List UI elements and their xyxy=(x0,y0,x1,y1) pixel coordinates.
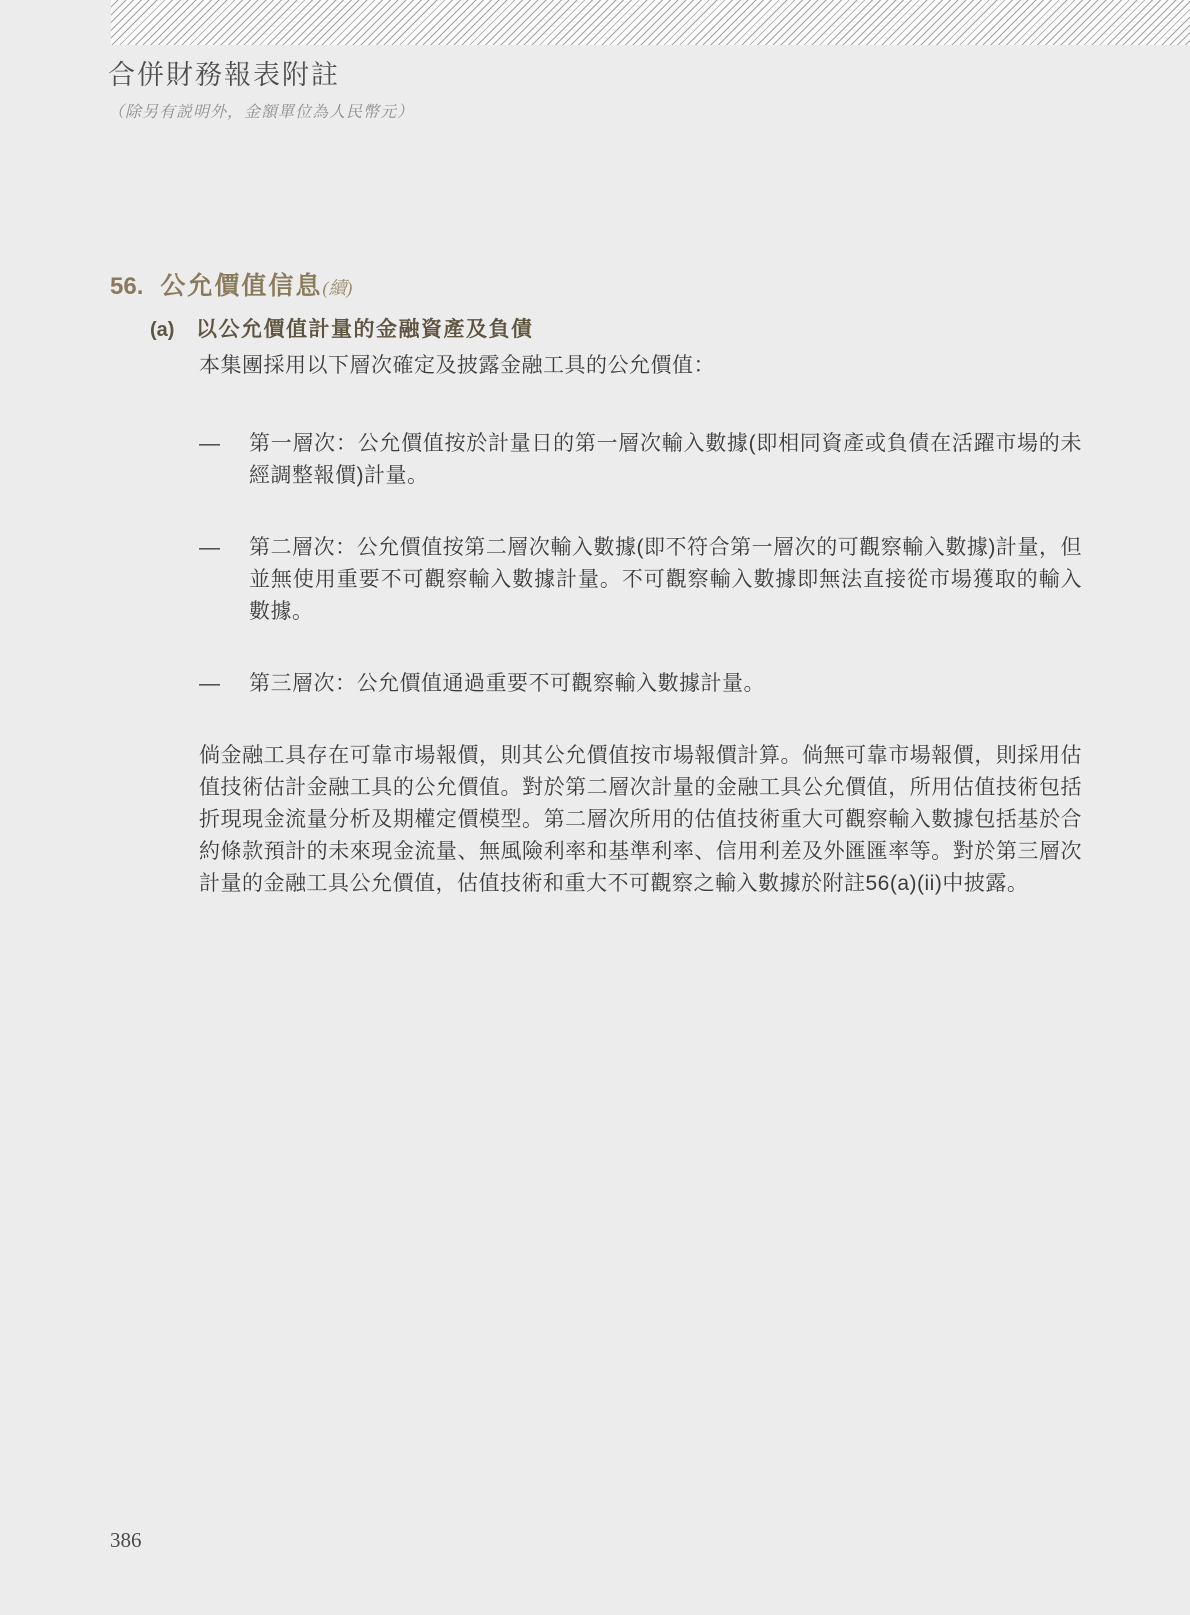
list-dash-marker: — xyxy=(199,428,249,492)
decorative-hatch-band xyxy=(111,0,1190,45)
intro-paragraph: 本集團採用以下層次確定及披露金融工具的公允價值： xyxy=(199,350,1082,382)
section-title: 公允價值信息 xyxy=(160,266,322,302)
list-item-level1: — 第一層次：公允價值按於計量日的第一層次輸入數據(即相同資產或負債在活躍市場的… xyxy=(199,428,1082,492)
section-heading: 56. 公允價值信息 (續) xyxy=(110,266,352,302)
report-subtitle: （除另有説明外，金額單位為人民幣元） xyxy=(108,99,414,122)
subsection-label: (a) xyxy=(150,319,196,342)
list-dash-marker: — xyxy=(199,532,249,628)
section-number: 56. xyxy=(110,273,143,301)
section-continued-label: (續) xyxy=(322,274,352,300)
report-title: 合併財務報表附註 xyxy=(108,58,414,92)
list-item-text: 第二層次：公允價值按第二層次輸入數據(即不符合第一層次的可觀察輸入數據)計量，但… xyxy=(249,532,1082,628)
page-header: 合併財務報表附註 （除另有説明外，金額單位為人民幣元） xyxy=(108,58,414,122)
subsection-title: 以公允價值計量的金融資產及負債 xyxy=(196,313,534,343)
page-number: 386 xyxy=(110,1528,142,1553)
body-content: 本集團採用以下層次確定及披露金融工具的公允價值： — 第一層次：公允價值按於計量… xyxy=(199,350,1082,900)
closing-paragraph: 倘金融工具存在可靠市場報價，則其公允價值按市場報價計算。倘無可靠市場報價，則採用… xyxy=(199,740,1082,900)
list-item-level3: — 第三層次：公允價值通過重要不可觀察輸入數據計量。 xyxy=(199,668,1082,700)
list-item-text: 第三層次：公允價值通過重要不可觀察輸入數據計量。 xyxy=(249,668,1082,700)
list-item-level2: — 第二層次：公允價值按第二層次輸入數據(即不符合第一層次的可觀察輸入數據)計量… xyxy=(199,532,1082,628)
list-item-text: 第一層次：公允價值按於計量日的第一層次輸入數據(即相同資產或負債在活躍市場的未經… xyxy=(249,428,1082,492)
list-dash-marker: — xyxy=(199,668,249,700)
subsection-heading: (a) 以公允價值計量的金融資產及負債 xyxy=(150,313,534,343)
